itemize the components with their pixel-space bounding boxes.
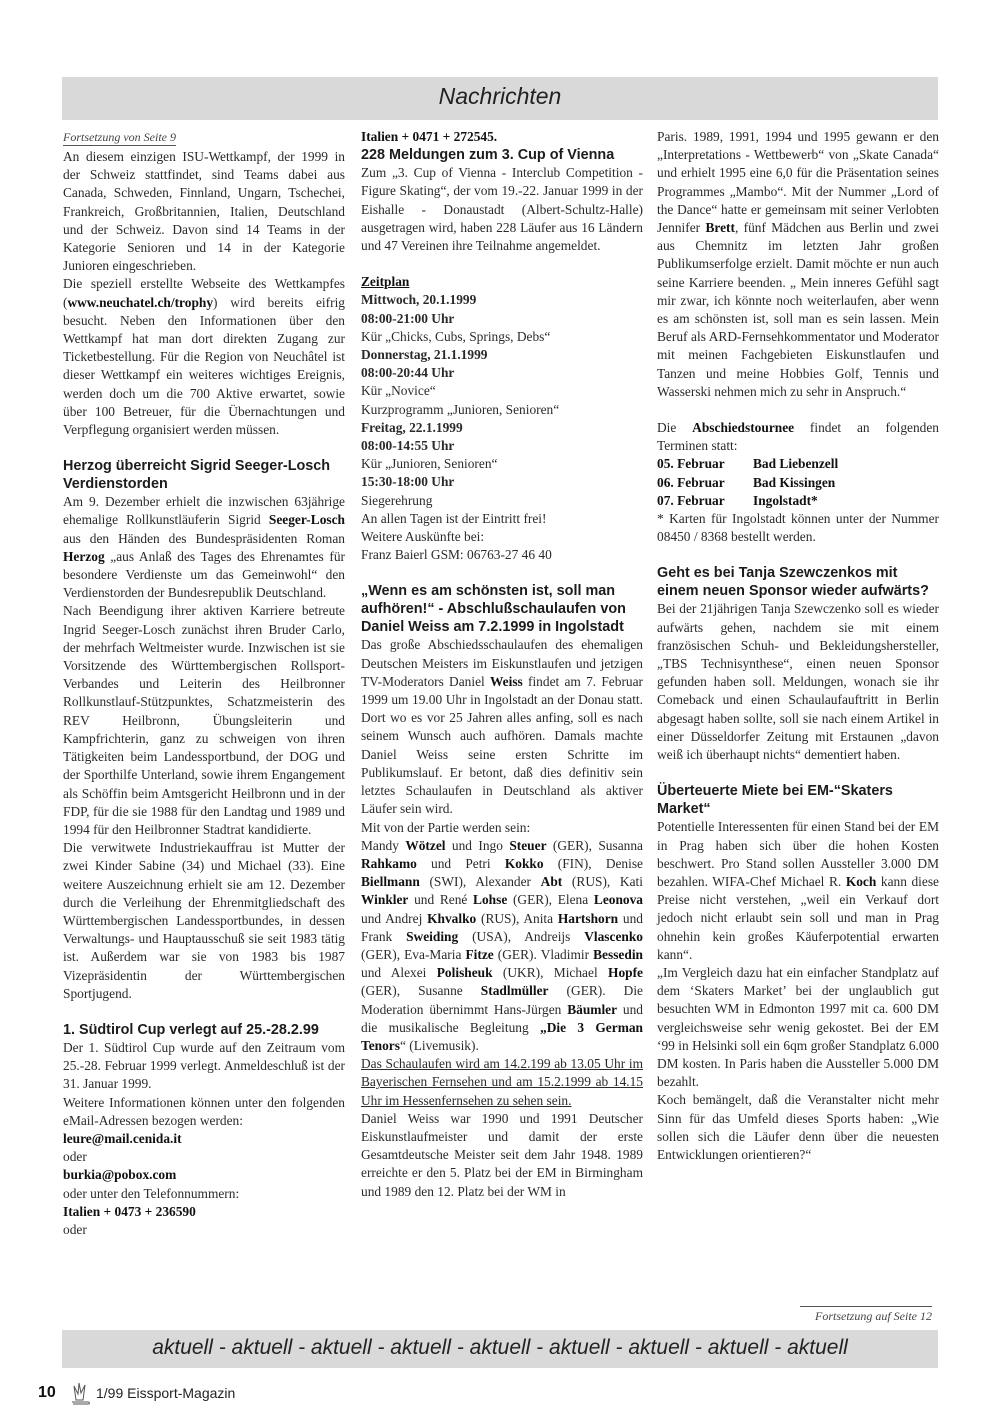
footer-band: aktuell - aktuell - aktuell - aktuell - …: [62, 1330, 938, 1368]
phone-number: Italien + 0471 + 272545.: [361, 129, 497, 144]
schedule-line: Siegerehrung: [361, 492, 643, 510]
tour-date-row: 06. FebruarBad Kissingen: [657, 474, 939, 492]
section-header-band: Nachrichten: [62, 77, 938, 120]
participants-list: Mandy Wötzel und Ingo Steuer (GER), Susa…: [361, 837, 643, 1055]
article-paragraph: Paris. 1989, 1991, 1994 und 1995 gewann …: [657, 128, 939, 401]
schedule-line: Freitag, 22.1.1999: [361, 419, 643, 437]
column-3: Paris. 1989, 1991, 1994 und 1995 gewann …: [657, 128, 939, 1164]
tour-date-row: 05. FebruarBad Liebenzell: [657, 455, 939, 473]
tour-date-row: 07. FebruarIngolstadt*: [657, 492, 939, 510]
website-url: www.neuchatel.ch/trophy: [67, 295, 213, 310]
schedule-line: Kurzprogramm „Junioren, Senioren“: [361, 401, 643, 419]
page-folio: 10 1/99 Eissport-Magazin: [38, 1380, 235, 1406]
column-1: Fortsetzung von Seite 9 An diesem einzig…: [63, 128, 345, 1239]
article-paragraph: Zum „3. Cup of Vienna - Interclub Compet…: [361, 164, 643, 255]
continued-from-note: Fortsetzung von Seite 9: [63, 130, 176, 146]
schedule-line: 08:00-20:44 Uhr: [361, 364, 643, 382]
article-paragraph: „Im Vergleich dazu hat ein einfacher Sta…: [657, 964, 939, 1091]
article-paragraph: Weitere Informationen können unter den f…: [63, 1094, 345, 1130]
footer-band-text: aktuell - aktuell - aktuell - aktuell - …: [62, 1336, 938, 1360]
headline-cup-of-vienna: 228 Meldungen zum 3. Cup of Vienna: [361, 146, 643, 164]
skater-logo-icon: [68, 1380, 92, 1406]
schedule-line: Mittwoch, 20.1.1999: [361, 291, 643, 309]
schedule-line: Franz Baierl GSM: 06763-27 46 40: [361, 546, 643, 564]
article-paragraph: Bei der 21jährigen Tanja Szewczenko soll…: [657, 600, 939, 764]
schedule-line: 15:30-18:00 Uhr: [361, 473, 643, 491]
schedule-line: An allen Tagen ist der Eintritt frei!: [361, 510, 643, 528]
schedule-line: Donnerstag, 21.1.1999: [361, 346, 643, 364]
schedule-list: Mittwoch, 20.1.199908:00-21:00 UhrKür „C…: [361, 291, 643, 564]
schedule-line: Kür „Junioren, Senioren“: [361, 455, 643, 473]
tour-intro: Die Abschiedstournee findet an folgenden…: [657, 419, 939, 455]
headline-verdienstorden: Herzog überreicht Sigrid Seeger-Losch Ve…: [63, 457, 345, 493]
article-paragraph: Die verwitwete Industriekauffrau ist Mut…: [63, 839, 345, 1003]
schedule-title: Zeitplan: [361, 274, 409, 289]
schedule-line: Weitere Auskünfte bei:: [361, 528, 643, 546]
schedule-line: Kür „Novice“: [361, 382, 643, 400]
article-paragraph: Der 1. Südtirol Cup wurde auf den Zeitra…: [63, 1039, 345, 1094]
continued-on-note: Fortsetzung auf Seite 12: [800, 1306, 932, 1324]
intro-paragraph-1: An diesem einzigen ISU-Wettkampf, der 19…: [63, 148, 345, 275]
email-address: burkia@pobox.com: [63, 1167, 176, 1182]
intro-paragraph-2: Die speziell erstellte Webseite des Wett…: [63, 275, 345, 439]
email-address: leure@mail.cenida.it: [63, 1131, 182, 1146]
headline-suedtirol-cup: 1. Südtirol Cup verlegt auf 25.-28.2.99: [63, 1021, 345, 1039]
headline-daniel-weiss: „Wenn es am schönsten ist, soll man aufh…: [361, 582, 643, 636]
headline-skaters-market: Überteuerte Miete bei EM-“Skaters Market…: [657, 782, 939, 818]
page-number: 10: [38, 1384, 68, 1402]
magazine-issue: 1/99 Eissport-Magazin: [96, 1385, 235, 1401]
article-paragraph: Koch bemängelt, daß die Veranstalter nic…: [657, 1091, 939, 1164]
tour-dates: 05. FebruarBad Liebenzell 06. FebruarBad…: [657, 455, 939, 510]
article-paragraph: Am 9. Dezember erhielt die inzwischen 63…: [63, 493, 345, 602]
article-paragraph: Das große Abschiedsschaulaufen des ehema…: [361, 636, 643, 818]
article-paragraph: Daniel Weiss war 1990 und 1991 Deutscher…: [361, 1110, 643, 1201]
column-2: Italien + 0471 + 272545. 228 Meldungen z…: [361, 128, 643, 1201]
tour-footnote: * Karten für Ingolstadt können unter der…: [657, 510, 939, 546]
section-title: Nachrichten: [62, 83, 938, 110]
tv-broadcast-note: Das Schaulaufen wird am 14.2.199 ab 13.0…: [361, 1055, 643, 1110]
headline-szewczenko: Geht es bei Tanja Szewczenkos mit einem …: [657, 564, 939, 600]
schedule-line: 08:00-21:00 Uhr: [361, 310, 643, 328]
schedule-line: 08:00-14:55 Uhr: [361, 437, 643, 455]
phone-number: Italien + 0473 + 236590: [63, 1204, 196, 1219]
article-paragraph: Nach Beendigung ihrer aktiven Karriere b…: [63, 602, 345, 839]
schedule-line: Kür „Chicks, Cubs, Springs, Debs“: [361, 328, 643, 346]
article-paragraph: Potentielle Interessenten für einen Stan…: [657, 818, 939, 964]
